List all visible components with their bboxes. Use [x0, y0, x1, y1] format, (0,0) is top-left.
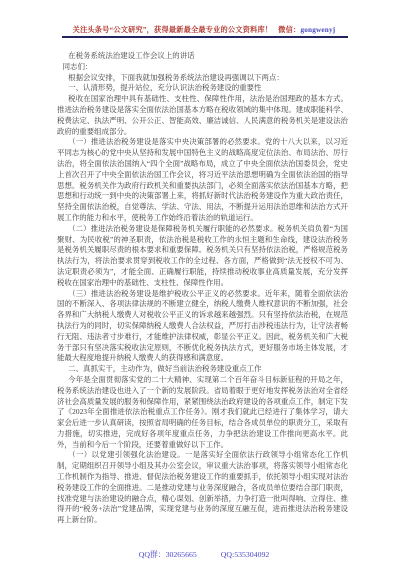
- document-paragraph-body: （二）推进法治税务建设是保障税务机关履行职能的必然要求。税务机关肩负着“为国聚财…: [57, 224, 348, 289]
- document-paragraph-body: （三）推进法治税务建设是维护税收公平正义的必然要求。近年来，随着全面依法治国的不…: [57, 289, 348, 365]
- footer-contact: QQ群：30265665QQ:535304092: [0, 549, 408, 560]
- header-divider-line: [62, 36, 348, 38]
- document-paragraph-body: （一）以党建引领强化法治建设。一是落实好全面依法行政领导小组常态化工作机制，定期…: [57, 450, 348, 526]
- document-paragraph-body: 今年是全面贯彻落实党的二十大精神、实现第二个百年奋斗目标新征程的开局之年，税务系…: [57, 375, 348, 451]
- header-notice: 关注头条号“公文研究”，获得最新最全最专业的公文资料库！: [73, 26, 273, 34]
- document-paragraph-heading: 一、认清形势，提升站位，充分认识法治税务建设的重要性: [57, 83, 348, 94]
- wechat-id: gongwenyj: [300, 26, 335, 34]
- wechat-label: 微信：: [278, 26, 300, 34]
- document-paragraph-body: 根据会议安排，下面我就加强税务系统法治建设再强调以下两点：: [57, 73, 348, 84]
- qq-group-number: QQ群：30265665: [139, 550, 197, 559]
- document-paragraph-heading: 二、真抓实干，主动作为，做好当前法治税务建设重点工作: [57, 364, 348, 375]
- document-paragraph-body: 税收在国家治理中具有基础性、支柱性、保障性作用，法治是治国理政的基本方式。推进法…: [57, 94, 348, 137]
- document-paragraph-body: （一）推进法治税务建设是落实中央决策部署的必然要求。党的十八大以来，以习近平同志…: [57, 137, 348, 223]
- header-banner: 关注头条号“公文研究”，获得最新最全最专业的公文资料库！微信：gongwenyj: [0, 25, 408, 35]
- qq-number: QQ:535304092: [221, 550, 270, 559]
- document-page: 关注头条号“公文研究”，获得最新最全最专业的公文资料库！微信：gongwenyj…: [0, 0, 408, 580]
- document-paragraph-salutation: 同志们：: [57, 62, 348, 73]
- document-title: 在税务系统法治建设工作会议上的讲话: [57, 51, 348, 62]
- document-body: 在税务系统法治建设工作会议上的讲话 同志们：根据会议安排，下面我就加强税务系统法…: [57, 51, 348, 526]
